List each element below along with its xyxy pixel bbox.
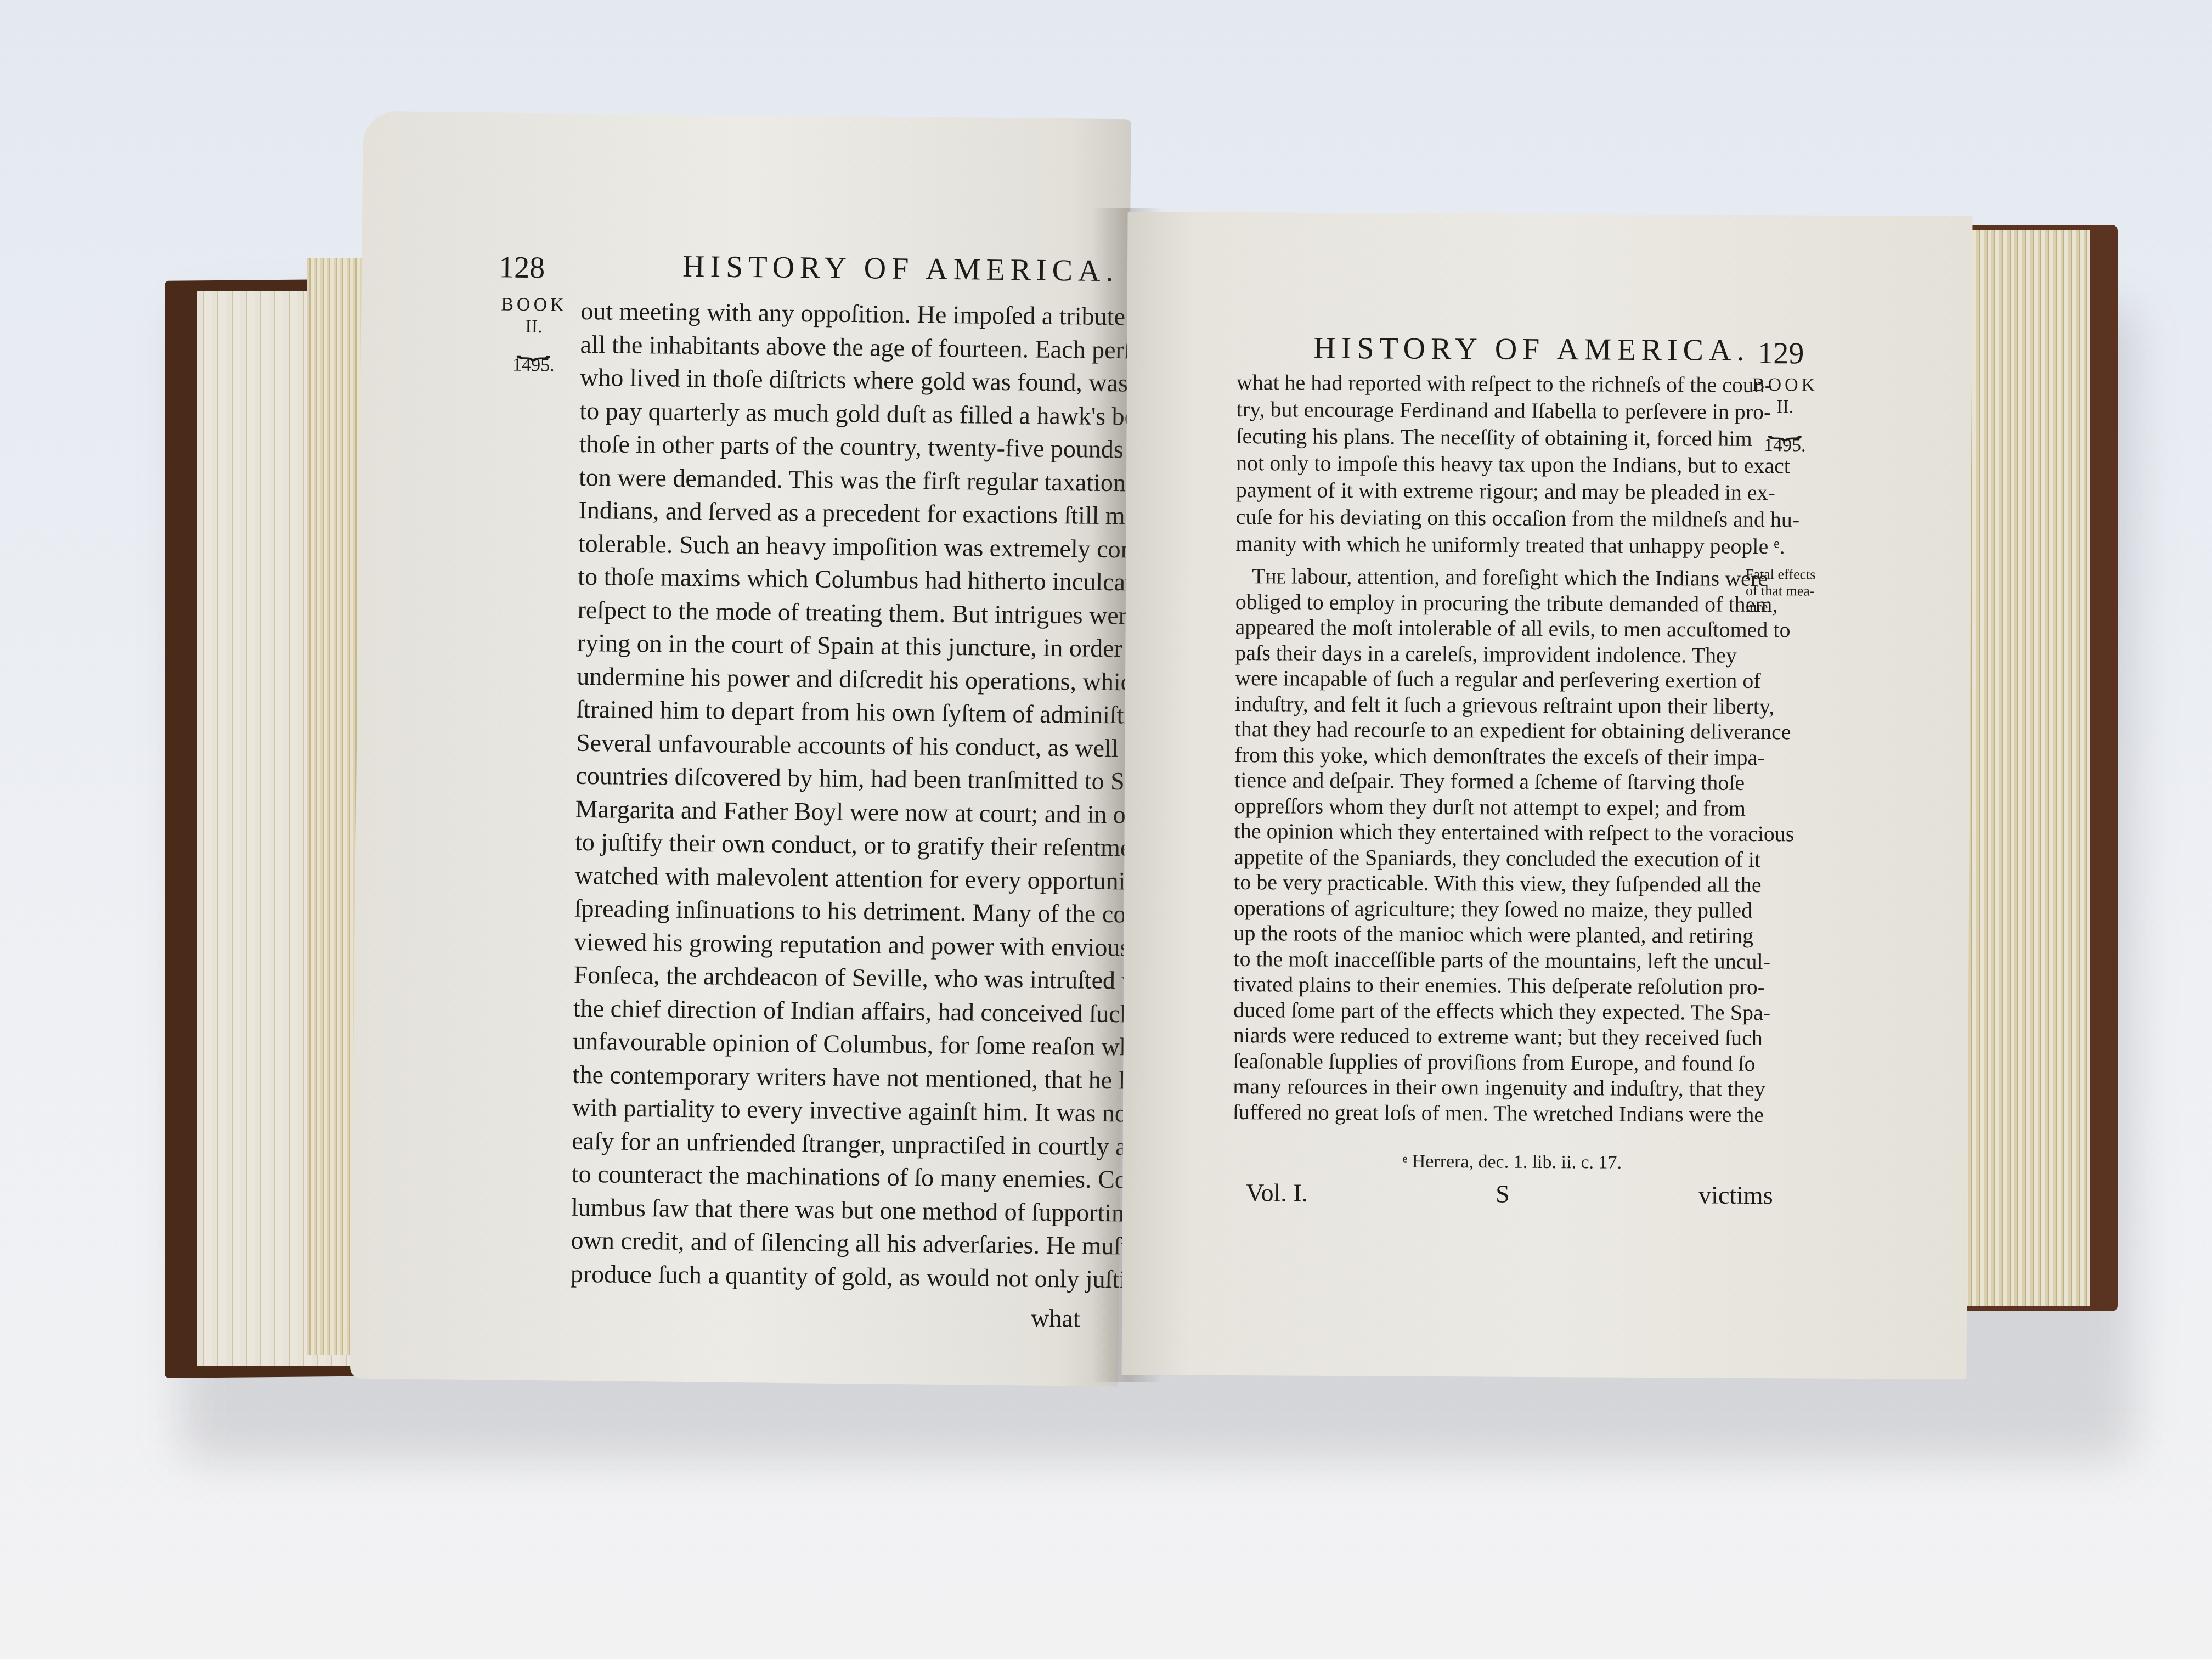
page-number: 128 [499, 250, 545, 285]
text-fragment: labour, attention, and foreſight which t… [1286, 564, 1768, 591]
text-line: with partiality to every invective again… [572, 1091, 1083, 1130]
margin-note-book: BOOK II. ⏟ 1495. [498, 294, 570, 376]
paragraph-2: The labour, attention, and foreſight whi… [1233, 563, 1735, 1127]
running-head: HISTORY OF AMERICA. [682, 249, 1119, 289]
left-page-body: out meeting with any oppoſition. He impo… [571, 295, 1091, 1296]
page-edges-right [1953, 230, 2090, 1306]
text-line: to pay quarterly as much gold duſt as fi… [579, 394, 1090, 432]
text-line: who lived in thoſe diſtricts where gold … [580, 361, 1091, 399]
text-line: ſeaſonable ſupplies of proviſions from E… [1233, 1048, 1732, 1076]
text-line: lumbus ſaw that there was but one method… [571, 1190, 1082, 1229]
text-line: what he had reported with reſpect to the… [1237, 369, 1736, 398]
signature-mark: S [1496, 1180, 1510, 1209]
text-line: produce ſuch a quantity of gold, as woul… [571, 1257, 1081, 1295]
footnote: ᵉ Herrera, dec. 1. lib. ii. c. 17. [1402, 1152, 1622, 1173]
text-line: induſtry, and felt it ſuch a grievous re… [1235, 691, 1734, 719]
text-line: the contemporary writers have not mentio… [572, 1058, 1083, 1096]
text-line: tolerable. Such an heavy impoſition was … [578, 527, 1089, 565]
text-line: appeared the moſt intolerable of all evi… [1235, 614, 1734, 642]
text-line: Margarita and Father Boyl were now at co… [575, 792, 1086, 831]
text-line: eaſy for an unfriended ſtranger, unpract… [572, 1124, 1082, 1163]
text-line: ton were demanded. This was the firſt re… [579, 460, 1090, 499]
text-line: countries diſcovered by him, had been tr… [575, 759, 1086, 798]
page-number: 129 [1758, 336, 1804, 371]
text-line: undermine his power and diſcredit his op… [577, 659, 1087, 698]
text-line: to counteract the machinations of ſo man… [572, 1158, 1082, 1196]
text-line: unfavourable opinion of Columbus, for ſo… [573, 1025, 1084, 1063]
running-head: HISTORY OF AMERICA. [1313, 331, 1750, 368]
text-line: ſpreading inſinuations to his detriment.… [574, 892, 1085, 930]
text-line: were incapable of ſuch a regular and per… [1235, 665, 1734, 693]
text-line: rying on in the court of Spain at this j… [577, 627, 1088, 665]
volume-signature: Vol. I. [1246, 1178, 1308, 1207]
text-line: tience and deſpair. They formed a ſcheme… [1234, 768, 1734, 795]
text-line: cuſe for his deviating on this occaſion … [1236, 503, 1735, 533]
text-line: the chief direction of Indian affairs, h… [573, 991, 1084, 1030]
text-line: payment of it with extreme rigour; and m… [1236, 476, 1735, 506]
catchword: what [1031, 1304, 1080, 1333]
text-line: appetite of the Spaniards, they conclude… [1234, 844, 1733, 872]
text-line: ſuffered no great loſs of men. The wretc… [1233, 1099, 1732, 1127]
text-line: thoſe in other parts of the country, twe… [579, 427, 1090, 466]
right-page: HISTORY OF AMERICA. 129 BOOK II. ⏟ 1495.… [1121, 212, 1972, 1379]
text-line: oppreſſors whom they durſt not attempt t… [1234, 793, 1734, 821]
text-line: to be very practicable. With this view, … [1234, 870, 1733, 898]
text-line: own credit, and of ſilencing all his adv… [571, 1224, 1081, 1262]
text-line: Several unfavourable accounts of his con… [576, 726, 1087, 764]
text-line: operations of agriculture; they ſowed no… [1234, 895, 1733, 923]
catchword: victims [1699, 1180, 1773, 1210]
text-line: to thoſe maxims which Columbus had hithe… [578, 560, 1088, 599]
text-line: obliged to employ in procuring the tribu… [1235, 589, 1735, 617]
text-line: try, but encourage Ferdinand and Iſabell… [1237, 396, 1736, 425]
text-line: tivated plains to their enemies. This de… [1233, 972, 1733, 1000]
text-line: ſtrained him to depart from his own ſyſt… [576, 693, 1087, 731]
text-line: to juſtify their own conduct, or to grat… [575, 826, 1086, 864]
text-line: watched with malevolent attention for ev… [574, 859, 1085, 897]
text-line: The labour, attention, and foreſight whi… [1235, 563, 1735, 591]
text-line: manity with which he uniformly treated t… [1235, 530, 1735, 560]
text-line: all the inhabitants above the age of fou… [580, 328, 1091, 366]
drop-word: The [1252, 563, 1286, 588]
text-line: the opinion which they entertained with … [1234, 819, 1734, 847]
text-line: not only to impoſe this heavy tax upon t… [1236, 449, 1735, 479]
text-line: up the roots of the manioc which were pl… [1234, 921, 1733, 949]
text-line: Indians, and ſerved as a precedent for e… [578, 494, 1089, 532]
text-line: Fonſeca, the archdeacon of Seville, who … [573, 958, 1084, 997]
text-line: many reſources in their own ingenuity an… [1233, 1074, 1732, 1102]
text-line: to the moſt inacceſſible parts of the mo… [1233, 946, 1733, 974]
text-line: niards were reduced to extreme want; but… [1233, 1023, 1733, 1051]
paragraph-1: what he had reported with reſpect to the… [1235, 369, 1736, 560]
left-page: 128 HISTORY OF AMERICA. BOOK II. ⏟ 1495.… [350, 111, 1131, 1387]
book-label: BOOK [501, 294, 567, 315]
text-line: that they had recourſe to an expedient f… [1235, 716, 1734, 744]
text-line: out meeting with any oppoſition. He impo… [580, 295, 1091, 333]
text-line: viewed his growing reputation and power … [574, 925, 1085, 963]
text-line: reſpect to the mode of treating them. Bu… [577, 593, 1088, 631]
text-line: paſs their days in a careleſs, improvide… [1235, 640, 1734, 668]
text-line: ſecuting his plans. The neceſſity of obt… [1236, 422, 1735, 452]
text-line: duced ſome part of the effects which the… [1233, 997, 1733, 1025]
text-line: from this yoke, which demonſtrates the e… [1234, 742, 1734, 770]
